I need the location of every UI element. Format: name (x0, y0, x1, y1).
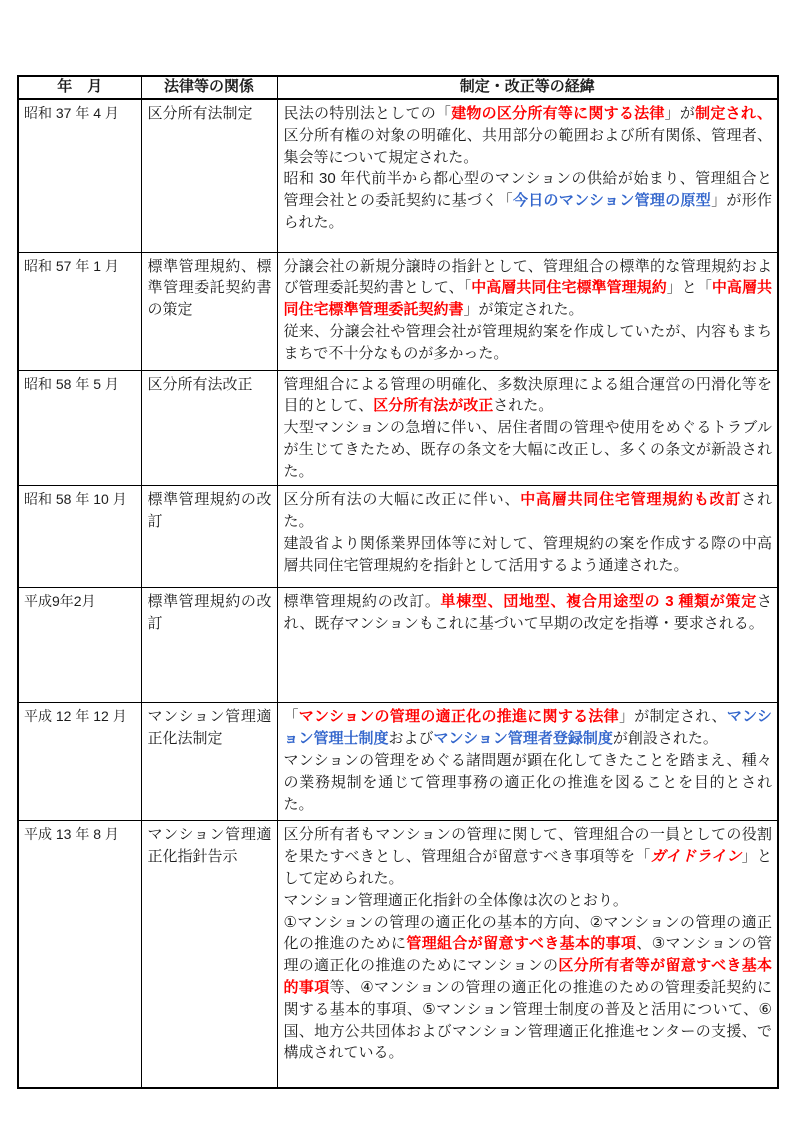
law-history-table: 年 月 法律等の関係 制定・改正等の経緯 昭和 37 年 4 月区分所有法制定民… (17, 75, 779, 1089)
highlight-text-blue: マンション管理者登録制度 (434, 730, 613, 747)
paragraph: 民法の特別法としての「建物の区分所有等に関する法律」が制定され、区分所有権の対象… (284, 103, 773, 168)
history-cell: 区分所有法の大幅に改正に伴い、中高層共同住宅管理規約も改訂された。建設省より関係… (277, 486, 778, 588)
text-segment: 区分所有権の対象の明確化、共用部分の範囲および所有関係、管理者、集会等について規… (284, 127, 773, 166)
date-cell: 昭和 58 年 10 月 (18, 486, 141, 588)
highlight-text-red-italic: ガイドライン (651, 848, 742, 865)
paragraph: 管理組合による管理の明確化、多数決原理による組合運営の円滑化等を目的として、区分… (284, 374, 773, 418)
paragraph: 分譲会社の新規分譲時の指針として、管理組合の標準的な管理規約および管理委託契約書… (284, 256, 773, 321)
table-row: 昭和 58 年 10 月標準管理規約の改訂区分所有法の大幅に改正に伴い、中高層共… (18, 486, 778, 588)
date-cell: 平成9年2月 (18, 588, 141, 703)
col-header-relation: 法律等の関係 (141, 76, 277, 99)
text-segment: 」が策定された。 (464, 301, 584, 318)
table-row: 昭和 58 年 5 月区分所有法改正管理組合による管理の明確化、多数決原理による… (18, 370, 778, 486)
relation-cell: 区分所有法制定 (141, 99, 277, 252)
paragraph: 大型マンションの急増に伴い、居住者間の管理や使用をめぐるトラブルが生じてきたため… (284, 417, 773, 482)
table-row: 昭和 57 年 1 月標準管理規約、標準管理委託契約書の策定分譲会社の新規分譲時… (18, 252, 778, 370)
highlight-text-red: 中高層共同住宅管理規約も改訂 (520, 491, 741, 508)
relation-cell: マンション管理適正化法制定 (141, 703, 277, 821)
table-row: 平成 12 年 12 月マンション管理適正化法制定「マンションの管理の適正化の推… (18, 703, 778, 821)
highlight-text-red: 管理組合が留意すべき基本的事項 (406, 935, 636, 952)
table-row: 平成 13 年 8 月マンション管理適正化指針告示区分所有者もマンションの管理に… (18, 821, 778, 1088)
highlight-text-red: 区分所有法が改正 (373, 397, 493, 414)
table-header-row: 年 月 法律等の関係 制定・改正等の経緯 (18, 76, 778, 99)
paragraph: ①マンションの管理の適正化の基本的方向、②マンションの管理の適正化の推進のために… (284, 912, 773, 1065)
paragraph: マンション管理適正化指針の全体像は次のとおり。 (284, 890, 773, 912)
relation-cell: 標準管理規約の改訂 (141, 588, 277, 703)
highlight-text-red: 単棟型、団地型、複合用途型の 3 種類が策定 (441, 593, 757, 610)
history-cell: 標準管理規約の改訂。単棟型、団地型、複合用途型の 3 種類が策定され、既存マンシ… (277, 588, 778, 703)
paragraph: 区分所有法の大幅に改正に伴い、中高層共同住宅管理規約も改訂された。 (284, 489, 773, 533)
text-segment: 建設省より関係業界団体等に対して、管理規約の案を作成する際の中高層共同住宅管理規… (284, 535, 773, 574)
relation-cell: 標準管理規約の改訂 (141, 486, 277, 588)
text-segment: 区分所有法の大幅に改正に伴い、 (284, 491, 521, 508)
text-segment: および (389, 730, 434, 747)
date-cell: 昭和 37 年 4 月 (18, 99, 141, 252)
text-segment: された。 (493, 397, 553, 414)
paragraph: 区分所有者もマンションの管理に関して、管理組合の一員としての役割を果たすべきとし… (284, 824, 773, 889)
table-row: 平成9年2月標準管理規約の改訂標準管理規約の改訂。単棟型、団地型、複合用途型の … (18, 588, 778, 703)
highlight-text-blue: 今日のマンション管理の原型 (513, 192, 711, 209)
text-segment: 「 (284, 708, 299, 725)
text-segment: 標準管理規約の改訂。 (284, 593, 441, 610)
text-segment: 」が制定され、 (619, 708, 727, 725)
relation-cell: 区分所有法改正 (141, 370, 277, 486)
document-page: 年 月 法律等の関係 制定・改正等の経緯 昭和 37 年 4 月区分所有法制定民… (0, 0, 794, 1123)
history-cell: 「マンションの管理の適正化の推進に関する法律」が制定され、マンション管理士制度お… (277, 703, 778, 821)
highlight-text-red: 制定され、 (695, 105, 772, 122)
date-cell: 平成 13 年 8 月 (18, 821, 141, 1088)
col-header-date: 年 月 (18, 76, 141, 99)
text-segment: 大型マンションの急増に伴い、居住者間の管理や使用をめぐるトラブルが生じてきたため… (284, 419, 773, 480)
highlight-text-red: 中高層共同住宅標準管理規約 (471, 279, 667, 296)
relation-cell: 標準管理規約、標準管理委託契約書の策定 (141, 252, 277, 370)
highlight-text-red: マンションの管理の適正化の推進に関する法律 (299, 708, 619, 725)
paragraph: 従来、分譲会社や管理会社が管理規約案を作成していたが、内容もまちまちで不十分なも… (284, 321, 773, 365)
paragraph: 建設省より関係業界団体等に対して、管理規約の案を作成する際の中高層共同住宅管理規… (284, 533, 773, 577)
text-segment: 」が (665, 105, 696, 122)
text-segment: 等、④マンションの管理の適正化の推進のための管理委託契約に関する基本的事項、⑤マ… (284, 979, 773, 1061)
text-segment: マンションの管理をめぐる諸問題が顕在化してきたことを踏まえ、種々の業務規制を通じ… (284, 752, 773, 813)
text-segment: マンション管理適正化指針の全体像は次のとおり。 (284, 892, 628, 909)
date-cell: 昭和 57 年 1 月 (18, 252, 141, 370)
text-segment: 民法の特別法としての「 (284, 105, 452, 122)
text-segment: 従来、分譲会社や管理会社が管理規約案を作成していたが、内容もまちまちで不十分なも… (284, 323, 773, 362)
relation-cell: マンション管理適正化指針告示 (141, 821, 277, 1088)
paragraph: 昭和 30 年代前半から都心型のマンションの供給が始まり、管理組合と管理会社との… (284, 168, 773, 233)
history-cell: 管理組合による管理の明確化、多数決原理による組合運営の円滑化等を目的として、区分… (277, 370, 778, 486)
history-cell: 分譲会社の新規分譲時の指針として、管理組合の標準的な管理規約および管理委託契約書… (277, 252, 778, 370)
history-cell: 民法の特別法としての「建物の区分所有等に関する法律」が制定され、区分所有権の対象… (277, 99, 778, 252)
text-segment: 」と「 (667, 279, 712, 296)
text-segment: が創設された。 (613, 730, 718, 747)
table-row: 昭和 37 年 4 月区分所有法制定民法の特別法としての「建物の区分所有等に関す… (18, 99, 778, 252)
date-cell: 昭和 58 年 5 月 (18, 370, 141, 486)
paragraph: マンションの管理をめぐる諸問題が顕在化してきたことを踏まえ、種々の業務規制を通じ… (284, 750, 773, 815)
highlight-text-red: 建物の区分所有等に関する法律 (451, 105, 664, 122)
date-cell: 平成 12 年 12 月 (18, 703, 141, 821)
table-body: 昭和 37 年 4 月区分所有法制定民法の特別法としての「建物の区分所有等に関す… (18, 99, 778, 1088)
col-header-history: 制定・改正等の経緯 (277, 76, 778, 99)
paragraph: 標準管理規約の改訂。単棟型、団地型、複合用途型の 3 種類が策定され、既存マンシ… (284, 591, 773, 635)
paragraph: 「マンションの管理の適正化の推進に関する法律」が制定され、マンション管理士制度お… (284, 706, 773, 750)
history-cell: 区分所有者もマンションの管理に関して、管理組合の一員としての役割を果たすべきとし… (277, 821, 778, 1088)
